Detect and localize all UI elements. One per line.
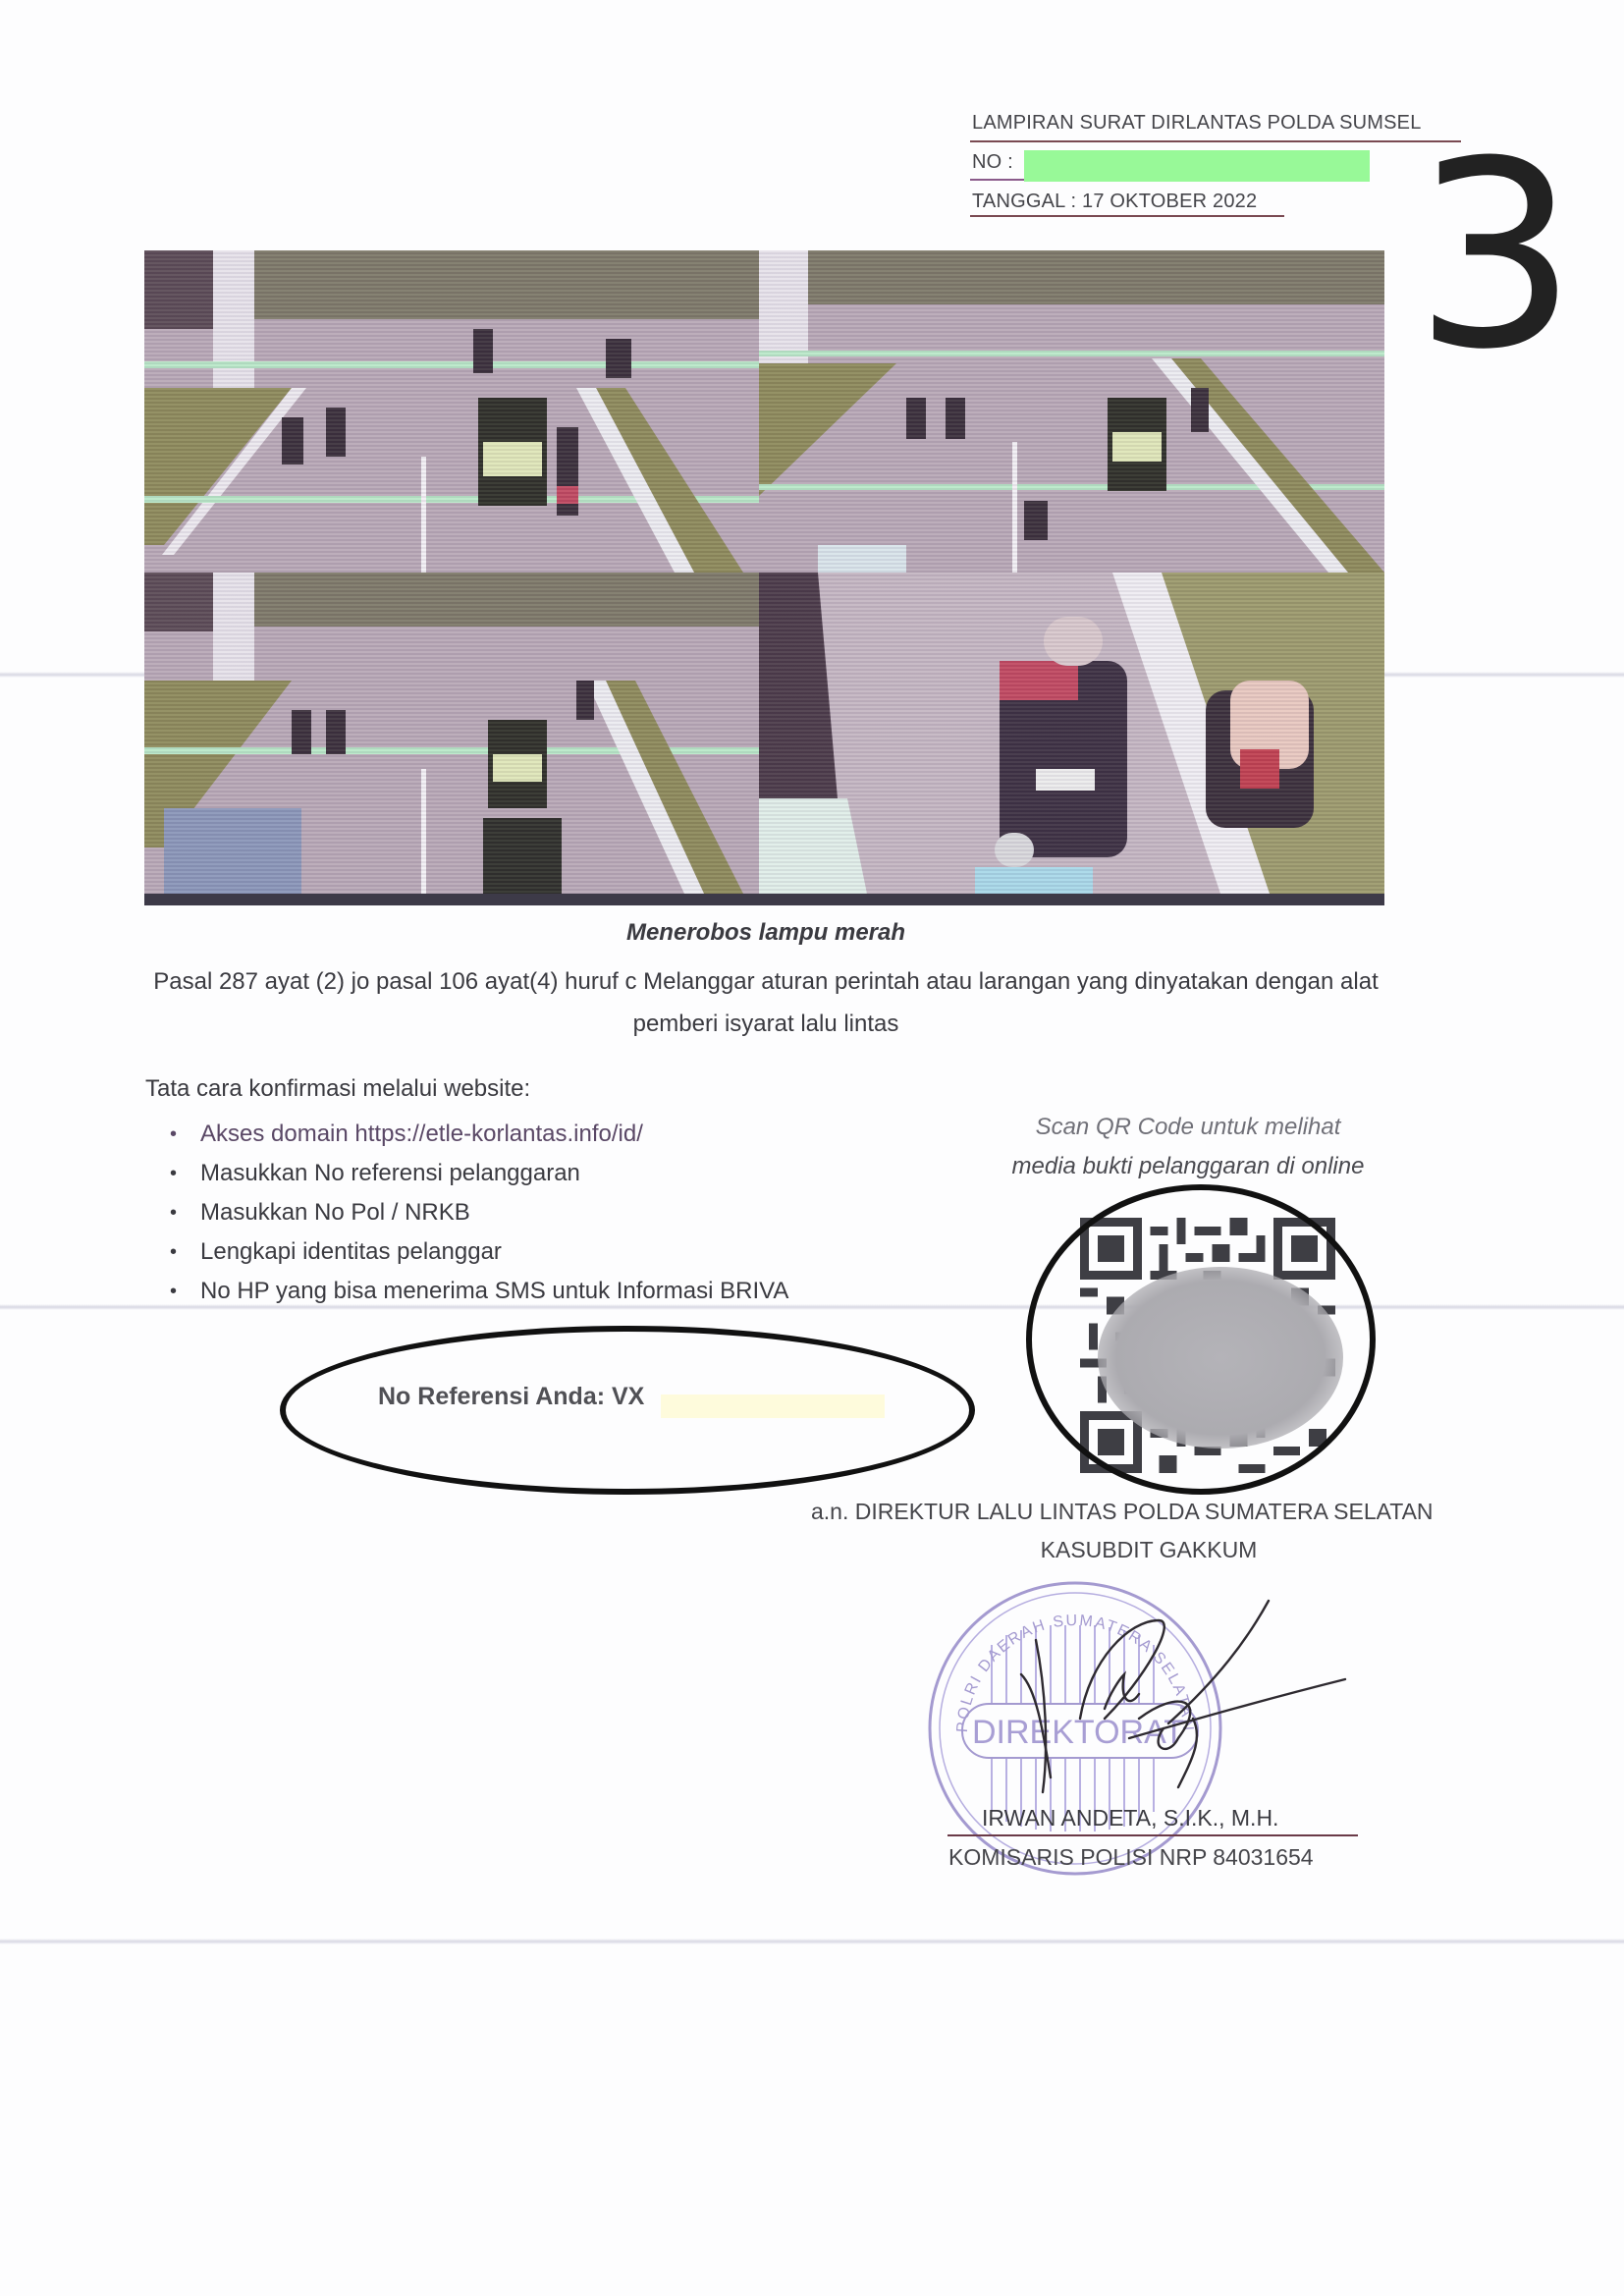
instruction-item: Lengkapi identitas pelanggar [167, 1232, 788, 1272]
camera-frame-3 [144, 573, 759, 894]
signer-rank: KOMISARIS POLISI NRP 84031654 [948, 1844, 1314, 1871]
signer-name: IRWAN ANDETA, S.I.K., M.H. [982, 1805, 1278, 1831]
letter-number-redaction [1024, 150, 1370, 182]
page-marker: 3 [1414, 128, 1578, 385]
signer-position: KASUBDIT GAKKUM [0, 1537, 1624, 1563]
letter-date: TANGGAL : 17 OKTOBER 2022 [972, 191, 1257, 213]
camera-timestamp-strip [144, 894, 1384, 905]
instruction-item: Akses domain https://etle-korlantas.info… [167, 1115, 788, 1154]
instructions-list: Akses domain https://etle-korlantas.info… [167, 1115, 788, 1311]
qr-caption-line2: media bukti pelanggaran di online [972, 1153, 1404, 1180]
letter-number-label: NO : [972, 151, 1013, 174]
qr-caption-line1: Scan QR Code untuk melihat [972, 1114, 1404, 1141]
violation-description: Pasal 287 ayat (2) jo pasal 106 ayat(4) … [118, 960, 1414, 1045]
instruction-item: Masukkan No Pol / NRKB [167, 1193, 788, 1232]
instructions-title: Tata cara konfirmasi melalui website: [145, 1075, 530, 1103]
on-behalf-of: a.n. DIREKTUR LALU LINTAS POLDA SUMATERA… [811, 1499, 1434, 1525]
evidence-photo [144, 250, 1384, 905]
camera-frame-1 [144, 250, 759, 573]
number-underline [970, 179, 1024, 181]
qr-highlight-circle [1026, 1184, 1376, 1495]
title-underline [970, 140, 1461, 142]
instruction-item: No HP yang bisa menerima SMS untuk Infor… [167, 1272, 788, 1311]
camera-frame-zoom [759, 573, 1384, 894]
violation-title: Menerobos lampu merah [0, 919, 1532, 947]
instruction-item: Masukkan No referensi pelanggaran [167, 1154, 788, 1193]
camera-frame-2 [759, 250, 1384, 573]
signature-rule [947, 1834, 1358, 1836]
date-underline [970, 215, 1284, 217]
reference-number: No Referensi Anda: VX [378, 1383, 644, 1411]
attachment-title: LAMPIRAN SURAT DIRLANTAS POLDA SUMSEL [972, 112, 1422, 135]
paper-fold-line [0, 1939, 1624, 1944]
reference-redaction [661, 1394, 885, 1418]
signature-icon [982, 1581, 1355, 1836]
